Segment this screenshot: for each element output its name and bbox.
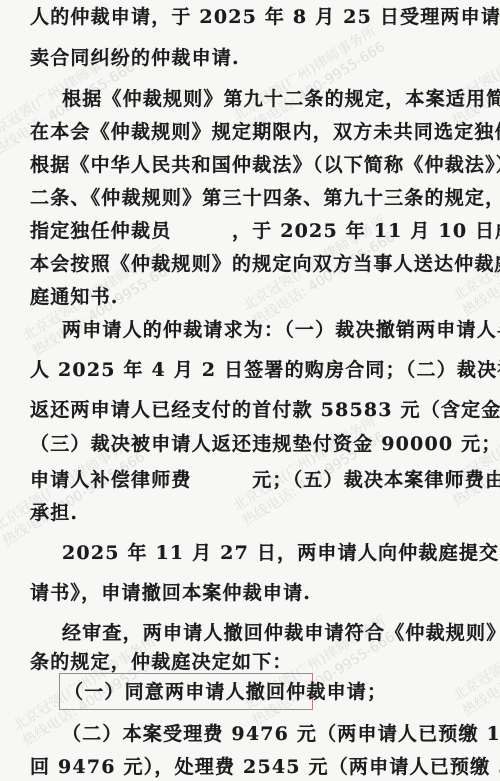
text-line: 条的规定，仲裁庭决定如下： [30,650,475,674]
text-line: （三）裁决被申请人返还违规垫付资金 90000 元；（四）裁决被 [30,432,475,456]
text-line: 请书》，申请撤回本案仲裁申请. [30,581,475,605]
text-line: 人的仲裁申请，于 2025 年 8 月 25 日受理两申请人关于商品房买 [30,5,475,29]
text-line: 2025 年 11 月 27 日，两申请人向仲裁庭提交《撤回仲裁申 [62,541,475,565]
highlighted-decision-line: （一）同意两申请人撤回仲裁申请； [64,680,500,704]
text-line: 在本会《仲裁规则》规定期限内，双方未共同选定独任仲裁员. [30,120,475,144]
text-line: 庭通知书. [30,285,475,309]
text-line: 经审查，两申请人撤回仲裁申请符合《仲裁规则》第七十六 [62,621,475,645]
text-line: 卖合同纠纷的仲裁申请. [30,46,475,70]
text-line: 回 9476 元），处理费 2545 元（两申请人已预缴 5091 元，退回 [30,755,475,779]
watermark-text: 北京冠领(广州)律师事务所热线电话: 400-9955-666 [440,13,500,131]
text-line: 返还两申请人已经支付的首付款 58583 元（含定金 30000 元）； [30,398,475,422]
text-line: 根据《仲裁规则》第九十二条的规定，本案适用简易程序. [62,87,475,111]
document-page: 北京冠领(广州)律师事务所热线电话: 400-9955-666北京冠领(广州)律… [0,0,500,781]
text-line: 本会按照《仲裁规则》的规定向双方当事人送达仲裁庭组成及开 [30,252,475,276]
text-line: 两申请人的仲裁请求为：（一）裁决撤销两申请人与被申请 [62,318,475,342]
text-line: 申请人补偿律师费 元；（五）裁决本案律师费由被申请人 [30,468,475,492]
text-line: 人 2025 年 4 月 2 日签署的购房合同；（二）裁决被申请人立即 [30,358,475,382]
text-line: 二条、《仲裁规则》第三十四条、第九十三条的规定，本会主任 [30,186,475,210]
text-line: 指定独任仲裁员 ，于 2025 年 11 月 10 日成立本案仲裁庭. [30,219,475,243]
text-line: 根据《中华人民共和国仲裁法》（以下简称《仲裁法》）第三十 [30,153,475,177]
text-line: （二）本案受理费 9476 元（两申请人已预缴 18952 元，退 [62,722,475,746]
text-line: 承担. [30,501,475,525]
